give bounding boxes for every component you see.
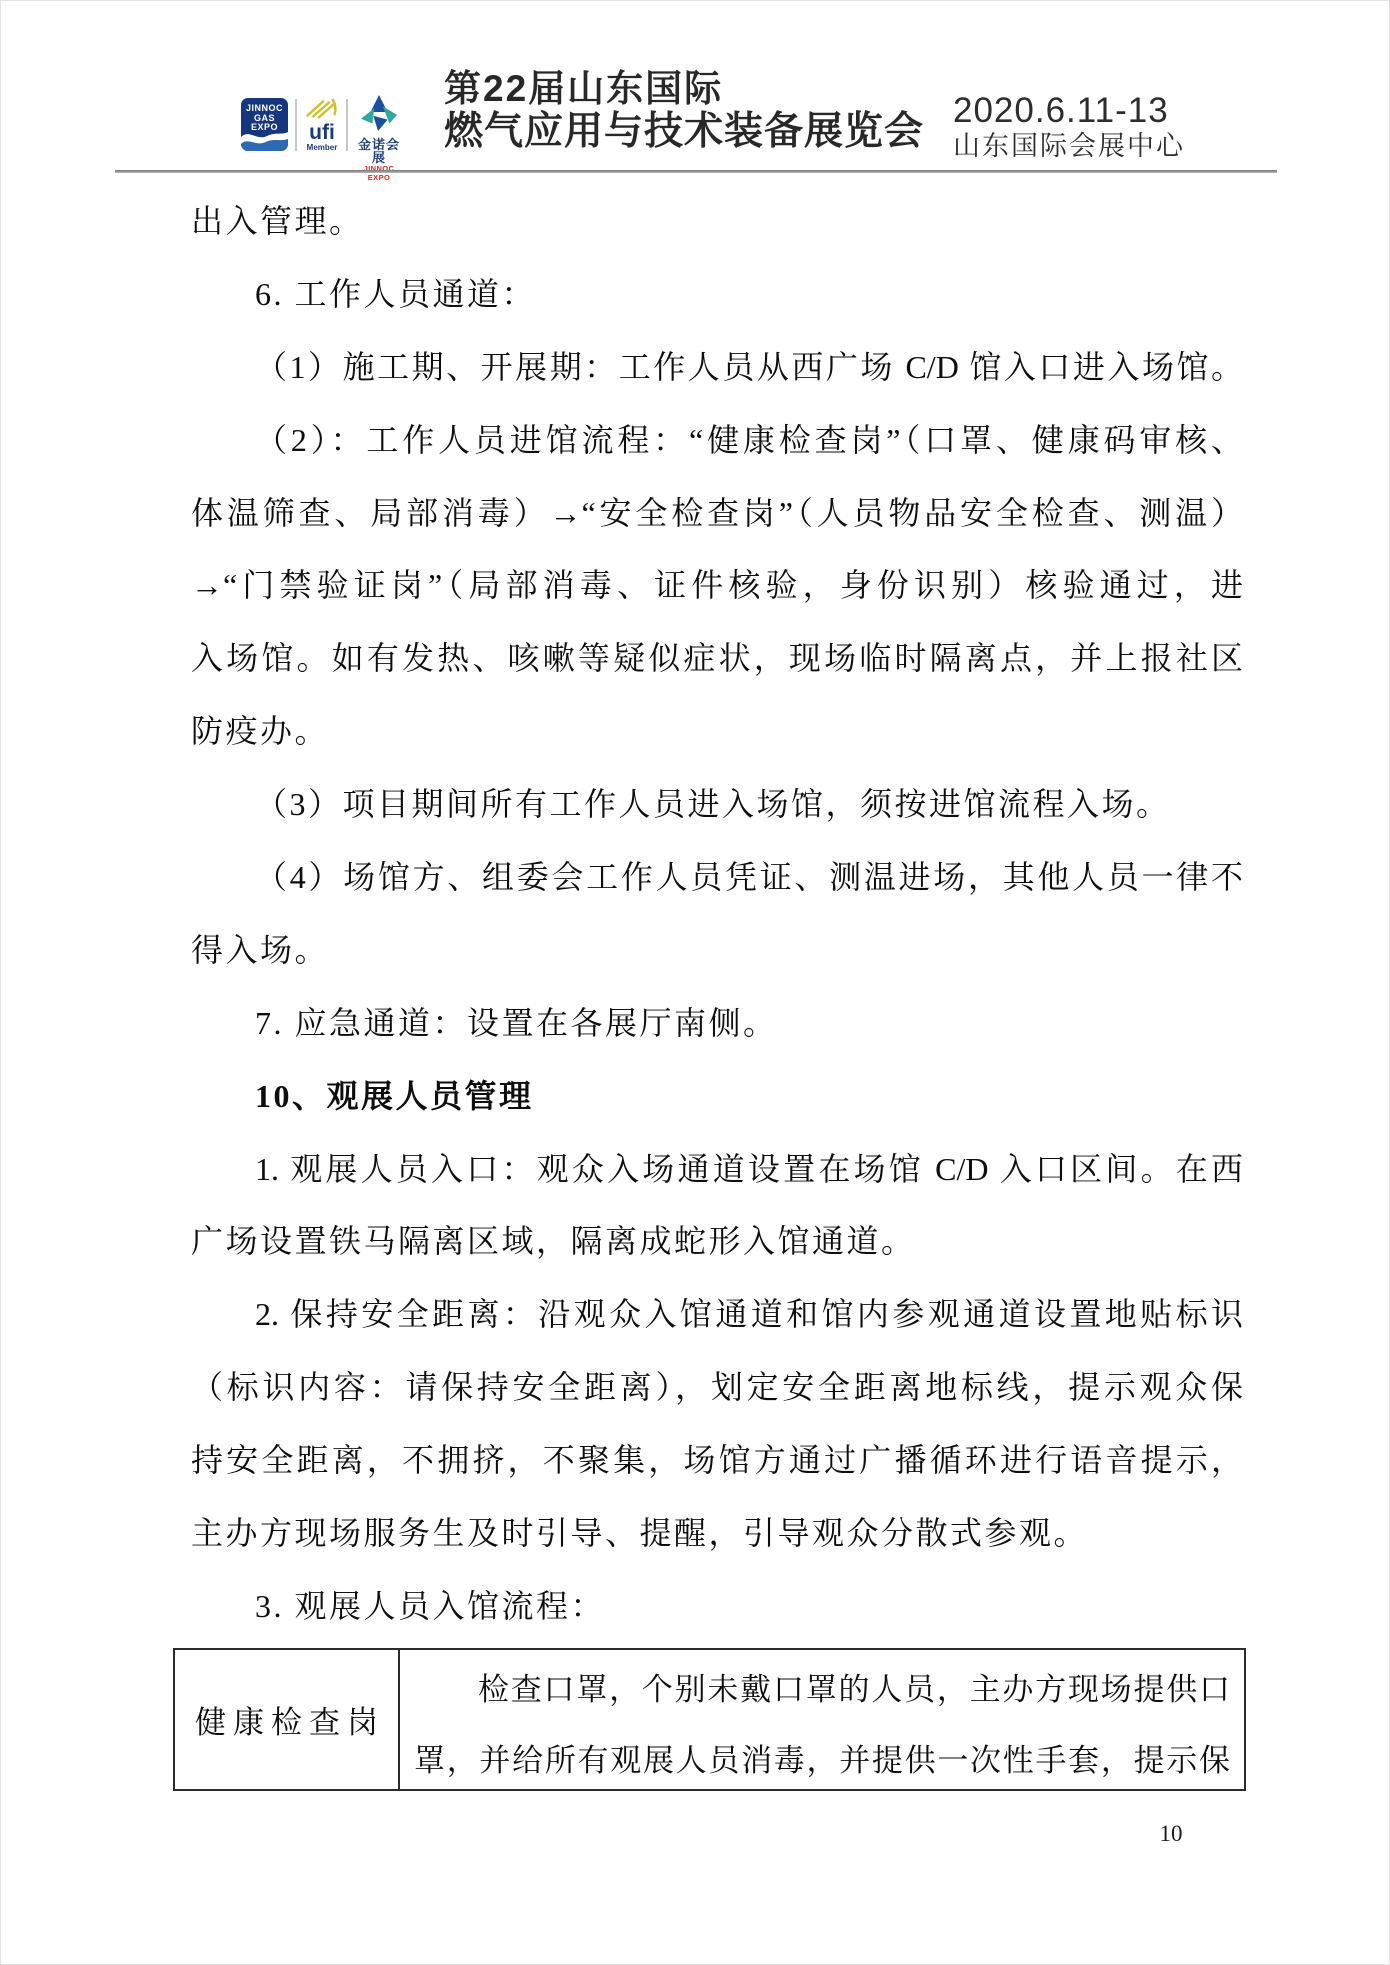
text-line: （1）施工期、开展期：工作人员从西广场 C/D 馆入口进入场馆。 <box>191 331 1243 404</box>
text-line: 主办方现场服务生及时引导、提醒，引导观众分散式参观。 <box>191 1497 1243 1570</box>
logo-divider <box>295 99 297 151</box>
text-line: 3. 观展人员入馆流程： <box>191 1570 1243 1643</box>
jinnoc-expo-logo: 金诺会展 JINNOC EXPO <box>352 94 406 182</box>
page-number: 10 <box>1149 1821 1193 1847</box>
text-line: 10、观展人员管理 <box>191 1060 1243 1133</box>
gas-expo-logo-text: JINNOC GAS EXPO <box>241 98 288 133</box>
exhibition-title: 第22届山东国际 燃气应用与技术装备展览会 <box>444 67 924 153</box>
text-line: （2）：工作人员进馆流程：“健康检查岗”（口罩、健康码审核、 <box>191 404 1243 477</box>
text-line: 得入场。 <box>191 914 1243 987</box>
exhibition-date-block: 2020.6.11-13 山东国际会展中心 <box>953 91 1185 162</box>
jinnoc-cn-text: 金诺会展 <box>352 138 406 164</box>
logo-divider <box>346 99 348 151</box>
table-row-content: 检查口罩，个别未戴口罩的人员，主办方现场提供口罩，并给所有观展人员消毒，并提供一… <box>400 1650 1244 1789</box>
text-line: 1. 观展人员入口：观众入场通道设置在场馆 C/D 入口区间。在西 <box>191 1133 1243 1206</box>
jinnoc-star-icon <box>359 94 399 132</box>
exhibition-title-line2: 燃气应用与技术装备展览会 <box>444 110 924 153</box>
text-line: 入场馆。如有发热、咳嗽等疑似症状，现场临时隔离点，并上报社区 <box>191 622 1243 695</box>
exhibition-date: 2020.6.11-13 <box>953 91 1185 131</box>
text-line: （4）场馆方、组委会工作人员凭证、测温进场，其他人员一律不 <box>191 841 1243 914</box>
text-line: 7. 应急通道：设置在各展厅南侧。 <box>191 987 1243 1060</box>
jinnoc-en-text: JINNOC EXPO <box>352 164 406 182</box>
ufi-fan-icon <box>303 95 341 120</box>
text-line: 出入管理。 <box>191 185 1243 258</box>
text-line: 6. 工作人员通道： <box>191 258 1243 331</box>
text-line: 持安全距离，不拥挤，不聚集，场馆方通过广播循环进行语音提示， <box>191 1424 1243 1497</box>
wave-icon <box>241 129 288 151</box>
gas-expo-logo: JINNOC GAS EXPO <box>241 98 288 151</box>
ufi-member-text: Member <box>300 143 344 152</box>
text-line: 广场设置铁马隔离区域，隔离成蛇形入馆通道。 <box>191 1205 1243 1278</box>
table-row-label: 健康检查岗 <box>175 1650 400 1789</box>
exhibition-title-line1: 第22届山东国际 <box>444 67 924 110</box>
exhibition-venue: 山东国际会展中心 <box>953 131 1185 162</box>
text-line: 检查口罩，个别未戴口罩的人员，主办方现场提供口 <box>414 1654 1230 1725</box>
ufi-member-logo: ufi Member <box>300 95 344 152</box>
entry-flow-table: 健康检查岗 检查口罩，个别未戴口罩的人员，主办方现场提供口罩，并给所有观展人员消… <box>173 1648 1246 1791</box>
text-line: 罩，并给所有观展人员消毒，并提供一次性手套，提示保 <box>414 1725 1230 1789</box>
ufi-logo-text: ufi <box>300 123 344 143</box>
document-page: JINNOC GAS EXPO ufi Member <box>0 0 1390 1965</box>
text-line: 体温筛查、局部消毒）→“安全检查岗”（人员物品安全检查、测温） <box>191 477 1243 550</box>
text-line: →“门禁验证岗”（局部消毒、证件核验，身份识别）核验通过，进 <box>191 549 1243 622</box>
text-line: （3）项目期间所有工作人员进入场馆，须按进馆流程入场。 <box>191 768 1243 841</box>
text-line: （标识内容：请保持安全距离），划定安全距离地标线，提示观众保 <box>191 1351 1243 1424</box>
header-divider-line <box>115 170 1277 173</box>
text-line: 防疫办。 <box>191 695 1243 768</box>
text-line: 2. 保持安全距离：沿观众入馆通道和馆内参观通道设置地贴标识 <box>191 1278 1243 1351</box>
document-body: 出入管理。6. 工作人员通道：（1）施工期、开展期：工作人员从西广场 C/D 馆… <box>191 185 1243 1643</box>
